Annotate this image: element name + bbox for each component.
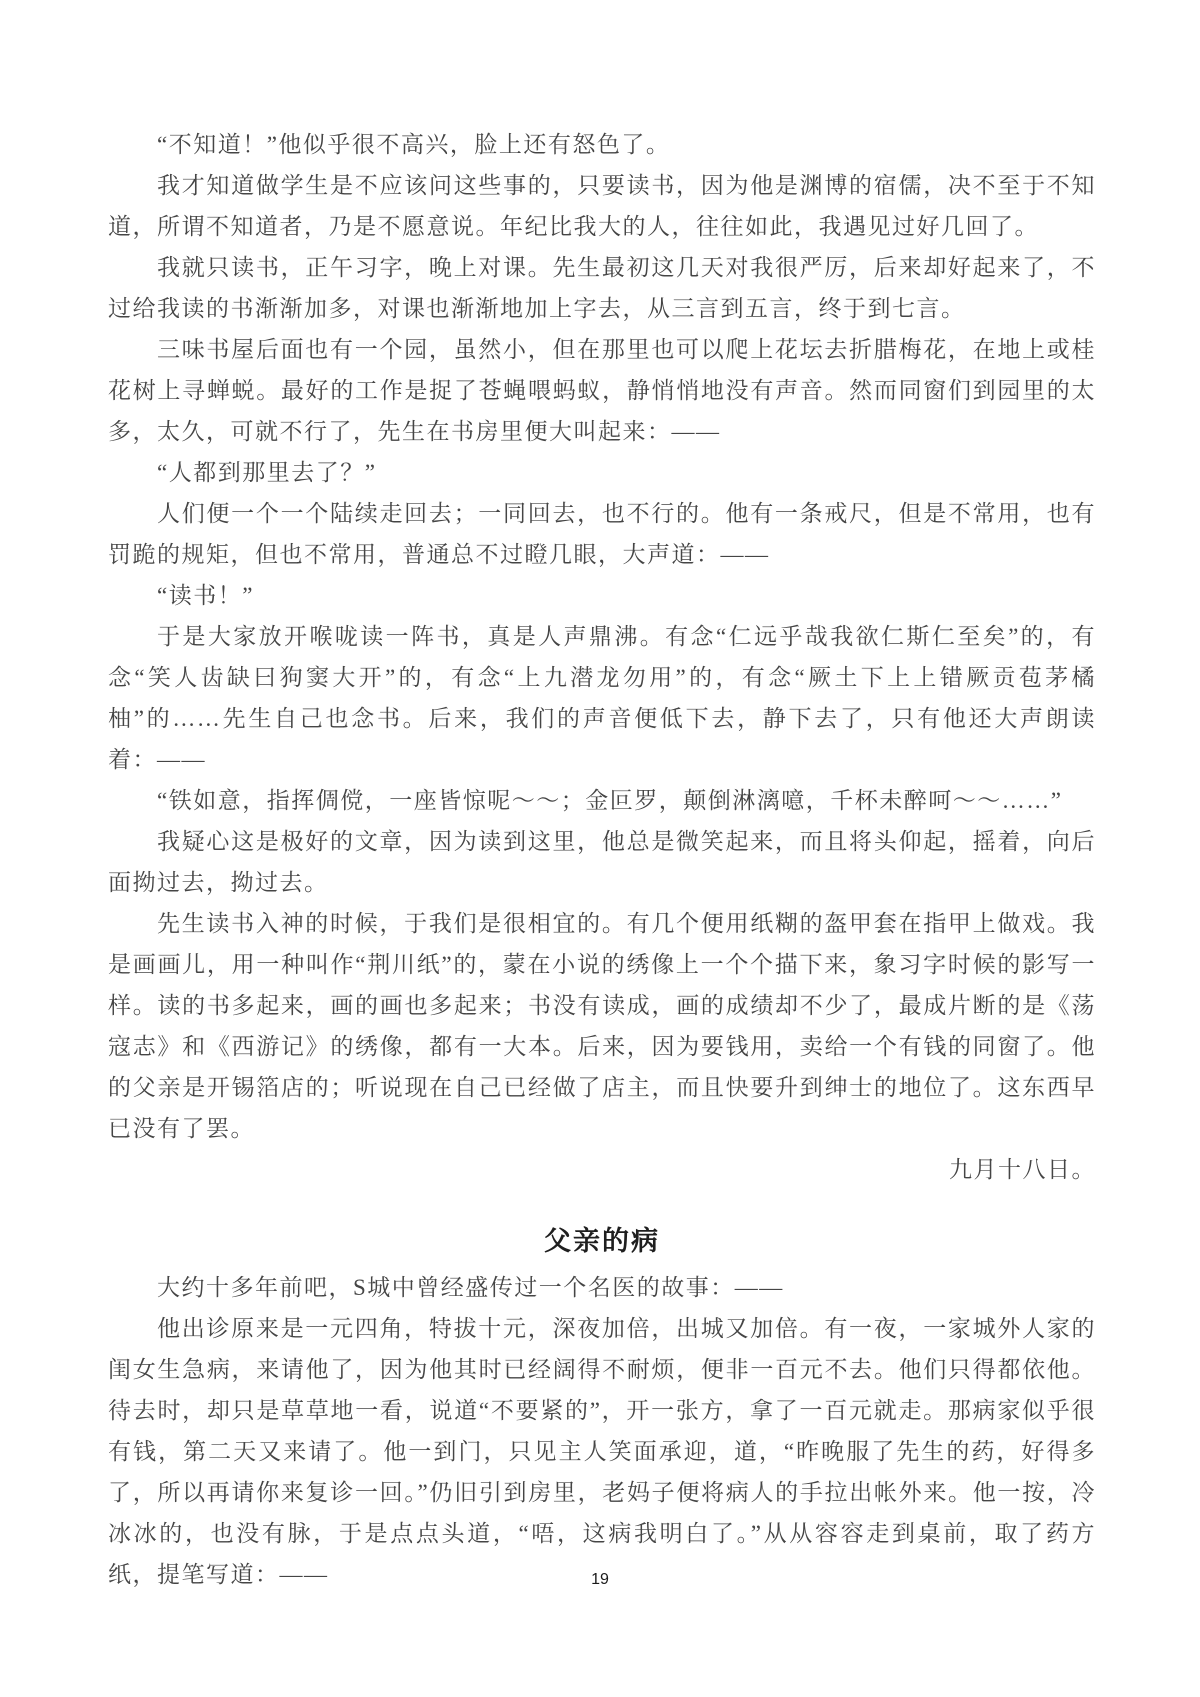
essay-title: 父亲的病 (108, 1220, 1096, 1263)
document-page: “不知道！”他似乎很不高兴，脸上还有怒色了。 我才知道做学生是不应该问这些事的，… (0, 0, 1200, 1697)
page-number: 19 (0, 1570, 1200, 1590)
paragraph: 大约十多年前吧，S城中曾经盛传过一个名医的故事：—— (108, 1267, 1096, 1308)
paragraph: 先生读书入神的时候，于我们是很相宜的。有几个便用纸糊的盔甲套在指甲上做戏。我是画… (108, 903, 1096, 1149)
paragraph: 我就只读书，正午习字，晚上对课。先生最初这几天对我很严厉，后来却好起来了，不过给… (108, 247, 1096, 329)
dialogue-paragraph: “铁如意，指挥倜傥，一座皆惊呢～～；金叵罗，颠倒淋漓噫，千杯未醉呵～～……” (108, 780, 1096, 821)
essay-date: 九月十八日。 (108, 1149, 1096, 1190)
paragraph: “不知道！”他似乎很不高兴，脸上还有怒色了。 (108, 124, 1096, 165)
paragraph: 他出诊原来是一元四角，特拔十元，深夜加倍，出城又加倍。有一夜，一家城外人家的闺女… (108, 1308, 1096, 1595)
paragraph: 于是大家放开喉咙读一阵书，真是人声鼎沸。有念“仁远乎哉我欲仁斯仁至矣”的，有念“… (108, 616, 1096, 780)
dialogue-paragraph: “读书！” (108, 575, 1096, 616)
paragraph: 人们便一个一个陆续走回去；一同回去，也不行的。他有一条戒尺，但是不常用，也有罚跪… (108, 493, 1096, 575)
paragraph: 我疑心这是极好的文章，因为读到这里，他总是微笑起来，而且将头仰起，摇着，向后面拗… (108, 821, 1096, 903)
text-column: “不知道！”他似乎很不高兴，脸上还有怒色了。 我才知道做学生是不应该问这些事的，… (108, 124, 1096, 1595)
dialogue-paragraph: “人都到那里去了？” (108, 452, 1096, 493)
paragraph: 三味书屋后面也有一个园，虽然小，但在那里也可以爬上花坛去折腊梅花，在地上或桂花树… (108, 329, 1096, 452)
paragraph: 我才知道做学生是不应该问这些事的，只要读书，因为他是渊博的宿儒，决不至于不知道，… (108, 165, 1096, 247)
